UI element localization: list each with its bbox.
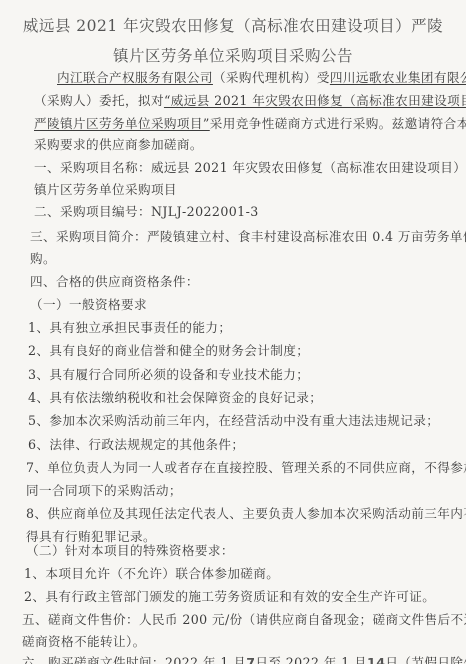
section-3-line1: 三、采购项目简介：严陵镇建立村、食丰村建设高标准农田 0.4 万亩劳务单位采 [30, 226, 466, 245]
handwritten-day-start: 7 [246, 655, 255, 664]
intro-line4: 采购要求的供应商参加磋商。 [34, 134, 203, 153]
intro-line2: （采购人）委托，拟对“威远县 2021 年灾毁农田修复（高标准农田建设项目） [34, 90, 466, 109]
special-item: 1、本项目允许（不允许）联合体参加磋商。 [24, 563, 279, 582]
agent-name: 内江联合产权服务有限公司 [57, 70, 213, 85]
general-item-cont: 同一合同项下的采购活动； [26, 480, 182, 499]
project-name-quoted-cont: 严陵镇片区劳务单位采购项目” [34, 116, 210, 131]
intro-text: 采用竞争性磋商方式进行采购。兹邀请符合本次 [210, 116, 466, 131]
section-2-project-number: 二、采购项目编号：NJLJ-2022001-3 [34, 201, 259, 220]
section-6-label: 六、购买磋商文件时间： [22, 655, 165, 664]
intro-line3: 严陵镇片区劳务单位采购项目”采用竞争性磋商方式进行采购。兹邀请符合本次 [34, 113, 466, 132]
section-1-line2: 镇片区劳务单位采购项目 [34, 179, 177, 198]
date-text: 日至 2022 年 1 月 [255, 655, 367, 664]
agent-role: （采购代理机构）受 [213, 70, 330, 85]
section-3-line2: 购。 [30, 248, 56, 267]
handwritten-day-end: 14 [367, 655, 385, 664]
general-item: 5、参加本次采购活动前三年内，在经营活动中没有重大违法违规记录； [28, 410, 439, 429]
date-text: 日（节假日除外），上午 [385, 655, 466, 664]
intro-text: （采购人）委托，拟对 [34, 93, 164, 108]
general-requirements-heading: （一）一般资格要求 [30, 294, 147, 313]
document-title-line2: 镇片区劳务单位采购项目采购公告 [0, 44, 466, 66]
general-item: 1、具有独立承担民事责任的能力； [28, 317, 231, 336]
special-requirements-heading: （二）针对本项目的特殊资格要求： [26, 540, 234, 559]
section-4-heading: 四、合格的供应商资格条件： [30, 271, 199, 290]
purchase-period: 2022 年 1 月7日至 2022 年 1 月14日（节假日除外），上午 [165, 655, 466, 664]
section-6-line: 六、购买磋商文件时间：2022 年 1 月7日至 2022 年 1 月14日（节… [22, 652, 466, 664]
section-1-line1: 一、采购项目名称：威远县 2021 年灾毁农田修复（高标准农田建设项目）严陵 [34, 157, 466, 176]
announcement-page: 威远县 2021 年灾毁农田修复（高标准农田建设项目）严陵 镇片区劳务单位采购项… [0, 0, 466, 664]
general-item: 8、供应商单位及其现任法定代表人、主要负责人参加本次采购活动前三年内不 [26, 503, 466, 522]
general-item: 2、具有良好的商业信誉和健全的财务会计制度； [28, 340, 309, 359]
date-text: 2022 年 1 月 [165, 655, 246, 664]
general-item: 3、具有履行合同所必须的设备和专业技术能力； [28, 364, 309, 383]
general-item: 4、具有依法缴纳税收和社会保障资金的良好记录； [28, 387, 322, 406]
section-5-line1: 五、磋商文件售价：人民币 200 元/份（请供应商自备现金；磋商文件售后不退， [22, 609, 466, 628]
intro-line1: 内江联合产权服务有限公司（采购代理机构）受四川远歌农业集团有限公司 [57, 67, 466, 86]
section-5-line2: 磋商资格不能转让）。 [22, 631, 146, 650]
project-name-quoted: “威远县 2021 年灾毁农田修复（高标准农田建设项目） [164, 93, 466, 108]
general-item: 6、法律、行政法规规定的其他条件； [28, 434, 244, 453]
purchaser-name: 四川远歌农业集团有限公司 [330, 70, 466, 85]
special-item: 2、具有行政主管部门颁发的施工劳务资质证和有效的安全生产许可证。 [24, 586, 435, 605]
document-title-line1: 威远县 2021 年灾毁农田修复（高标准农田建设项目）严陵 [0, 14, 466, 36]
general-item: 7、单位负责人为同一人或者存在直接控股、管理关系的不同供应商，不得参加 [26, 457, 466, 476]
